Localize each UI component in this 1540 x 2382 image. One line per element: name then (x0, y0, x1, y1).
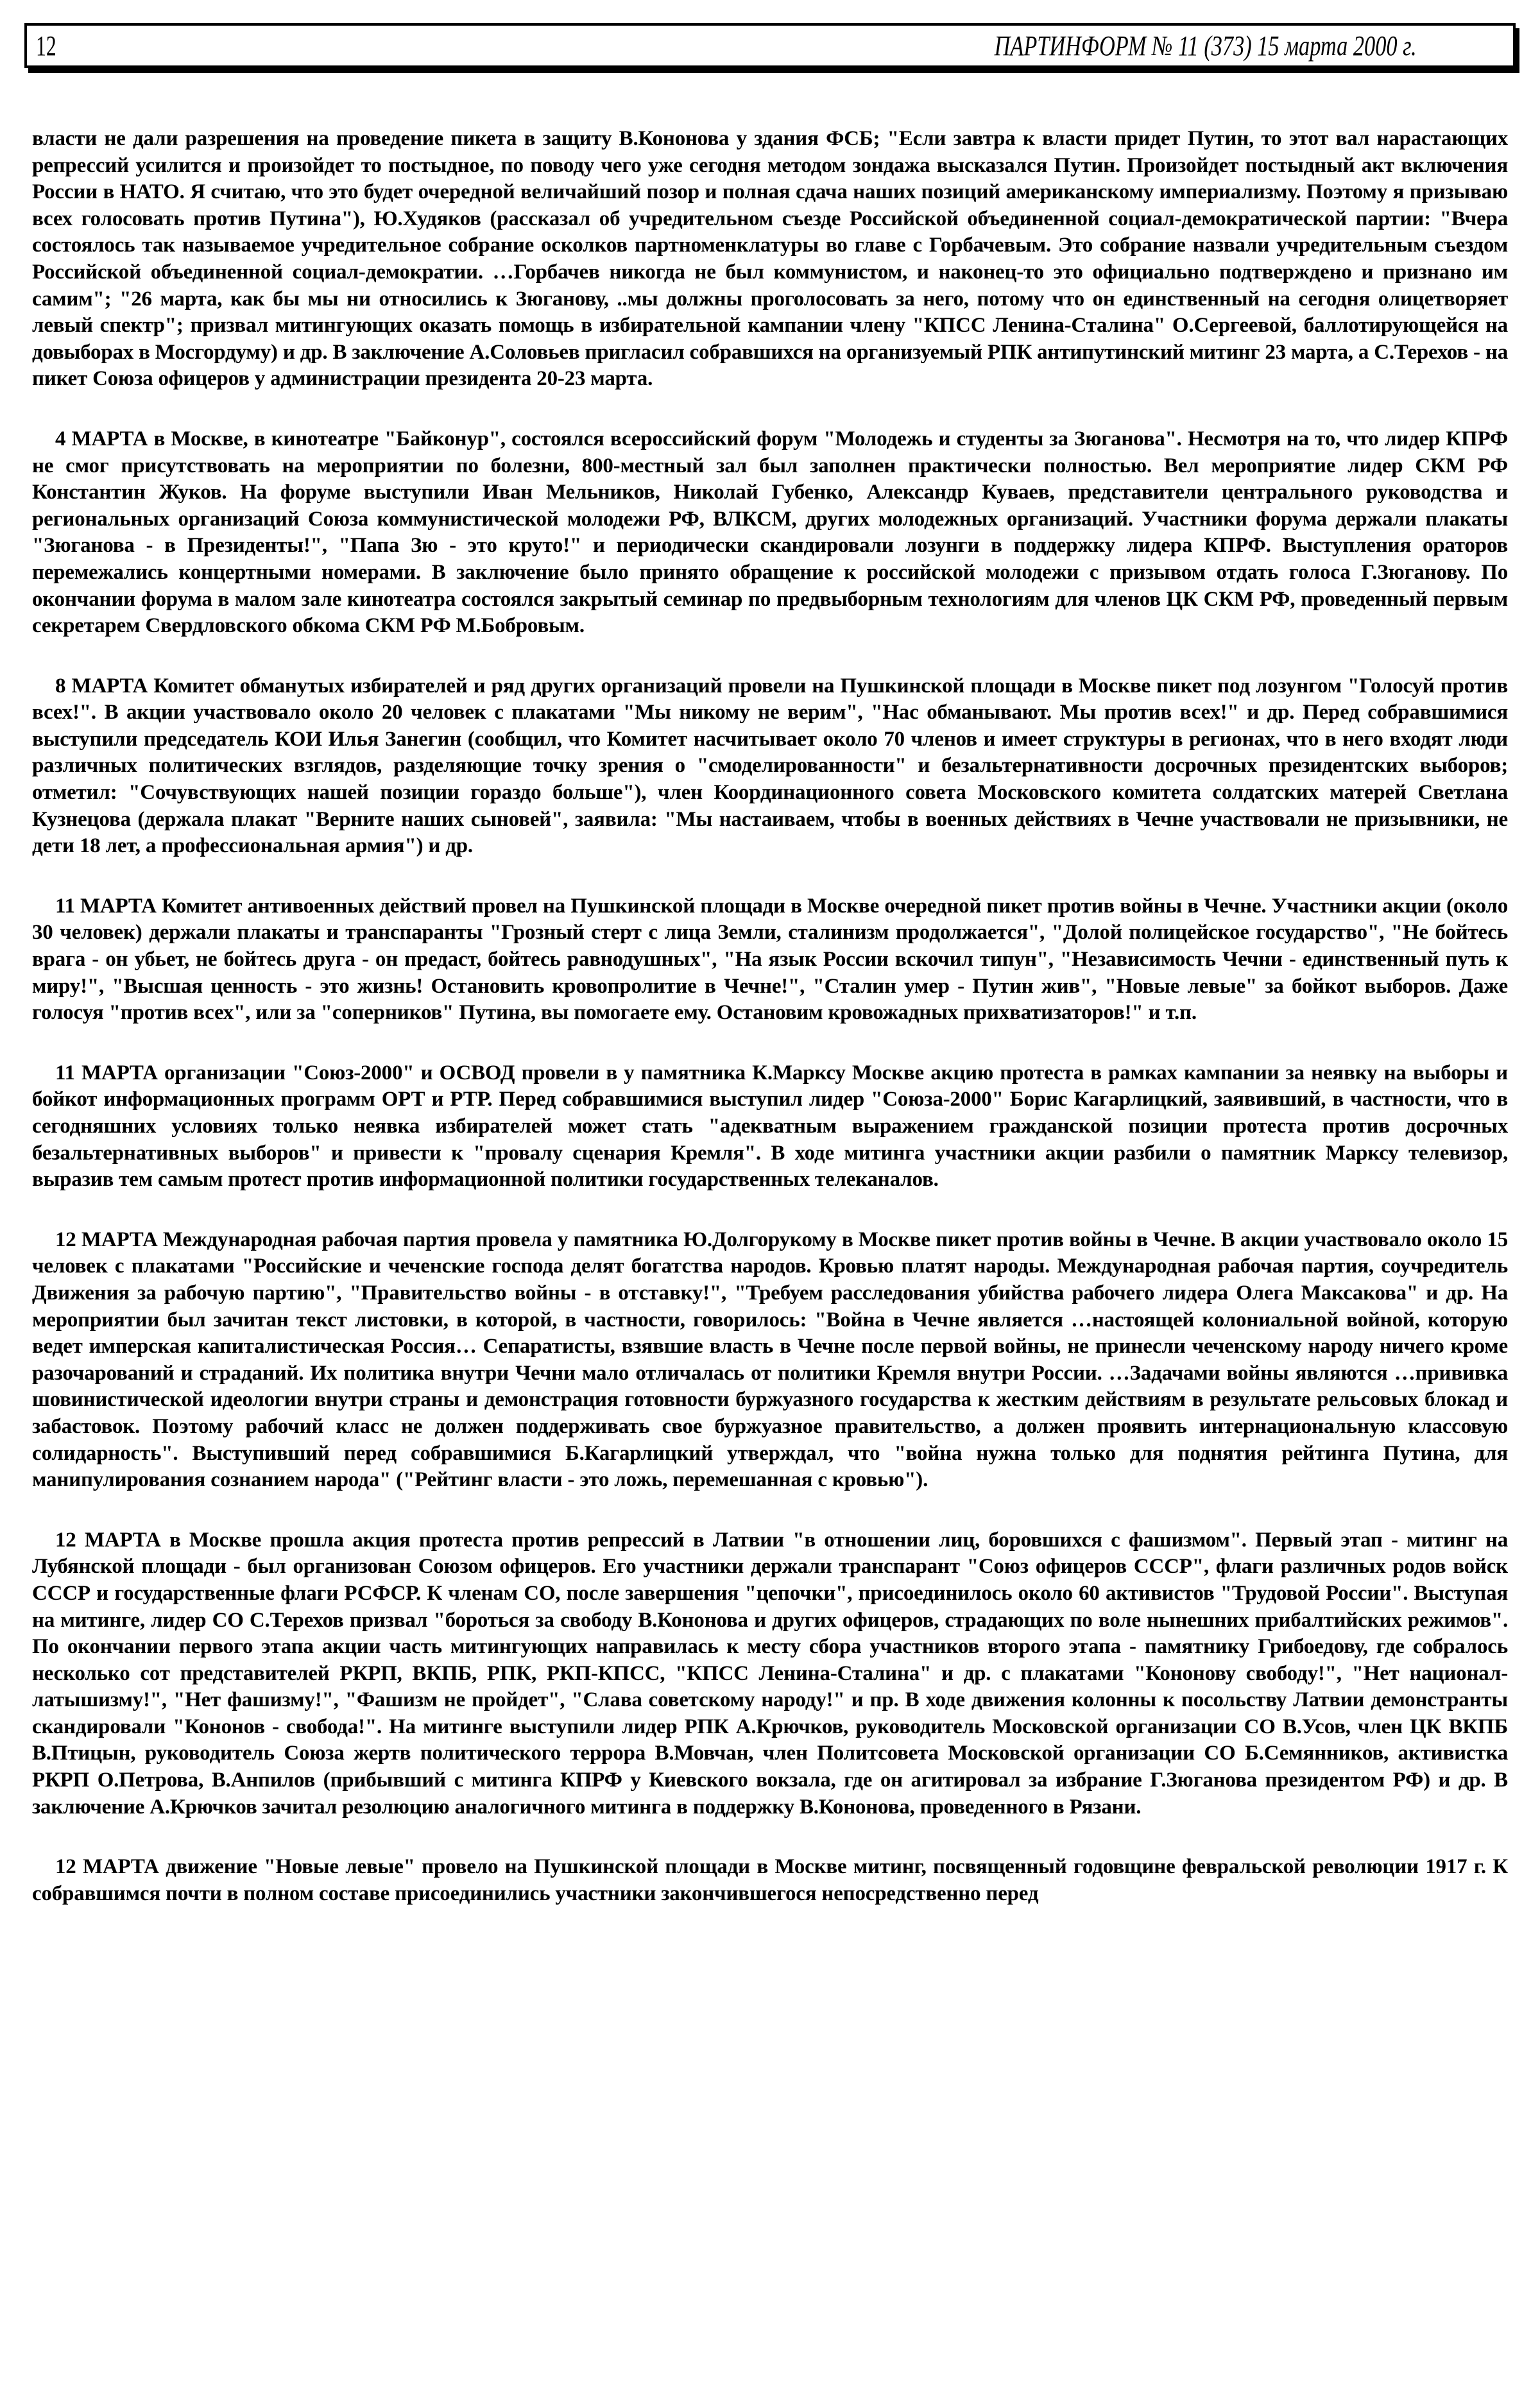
paragraph-text: в Москве прошла акция протеста против ре… (32, 1529, 1508, 1819)
paragraph-march-11-soyuz2000: 11 МАРТА организации "Союз-2000" и ОСВОД… (32, 1060, 1508, 1194)
paragraph-march-11-antiwar: 11 МАРТА Комитет антивоенных действий пр… (32, 893, 1508, 1027)
paragraph-date: 11 МАРТА (55, 1061, 158, 1084)
paragraph-text: Международная рабочая партия провела у п… (32, 1228, 1508, 1491)
page-header: 12 ПАРТИНФОРМ № 11 (373) 15 марта 2000 г… (24, 23, 1516, 68)
paragraph-march-8: 8 МАРТА Комитет обманутых избирателей и … (32, 673, 1508, 860)
paragraph-text: движение "Новые левые" провело на Пушкин… (32, 1855, 1508, 1905)
article-body: власти не дали разрешения на проведение … (32, 126, 1508, 1941)
paragraph-date: 4 МАРТА (55, 427, 148, 450)
paragraph-march-12-latvia: 12 МАРТА в Москве прошла акция протеста … (32, 1527, 1508, 1821)
paragraph-march-12-new-left: 12 МАРТА движение "Новые левые" провело … (32, 1854, 1508, 1907)
paragraph-date: 11 МАРТА (55, 895, 157, 918)
paragraph-date: 12 МАРТА (55, 1228, 158, 1251)
paragraph-date: 8 МАРТА (55, 674, 148, 698)
paragraph-text: организации "Союз-2000" и ОСВОД провели … (32, 1061, 1508, 1191)
paragraph-march-12-workers-party: 12 МАРТА Международная рабочая партия пр… (32, 1227, 1508, 1494)
paragraph-march-4: 4 МАРТА в Москве, в кинотеатре "Байконур… (32, 426, 1508, 640)
page-number: 12 (36, 30, 56, 63)
paragraph-text: Комитет обманутых избирателей и ряд друг… (32, 674, 1508, 858)
paragraph-text: в Москве, в кинотеатре "Байконур", состо… (32, 427, 1508, 637)
paragraph-continuation: власти не дали разрешения на проведение … (32, 126, 1508, 393)
paragraph-date: 12 МАРТА (55, 1855, 159, 1878)
paragraph-date: 12 МАРТА (55, 1529, 161, 1552)
paragraph-text: Комитет антивоенных действий провел на П… (32, 895, 1508, 1024)
issue-title: ПАРТИНФОРМ № 11 (373) 15 марта 2000 г. (995, 30, 1417, 63)
paragraph-text: власти не дали разрешения на проведение … (32, 127, 1508, 390)
